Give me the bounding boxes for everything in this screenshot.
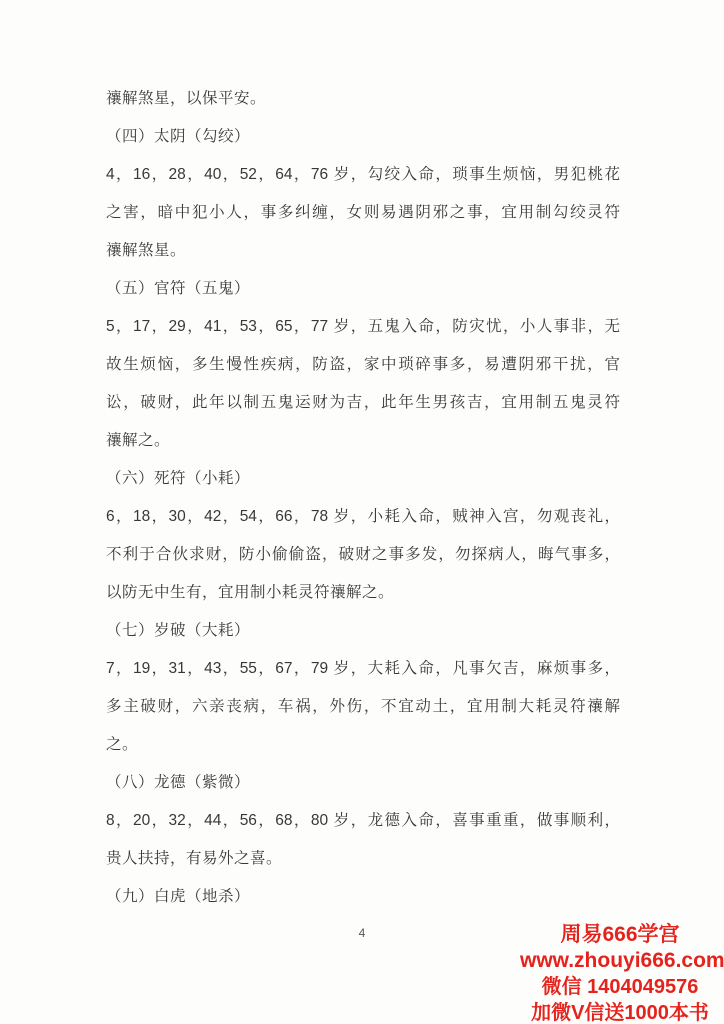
text-line: 禳解煞星，以保平安。 — [106, 80, 620, 118]
watermark-site-name: 周易666学宫 — [520, 922, 720, 948]
text-line: 7，19，31，43，55，67，79 岁，大耗入命，凡事欠吉，麻烦事多， — [106, 650, 620, 688]
section-heading: （八）龙德（紫微） — [106, 764, 620, 802]
text-line: 4，16，28，40，52，64，76 岁，勾绞入命，琐事生烦恼，男犯桃花 — [106, 156, 620, 194]
text-line: 不利于合伙求财，防小偷偷盗，破财之事多发，勿探病人，晦气事多， — [106, 536, 620, 574]
text-line: 8，20，32，44，56，68，80 岁，龙德入命，喜事重重，做事顺利， — [106, 802, 620, 840]
section-heading: （九）白虎（地杀） — [106, 878, 620, 916]
section-heading: （四）太阴（勾绞） — [106, 118, 620, 156]
text-line: 6，18，30，42，54，66，78 岁，小耗入命，贼神入宫，勿观丧礼， — [106, 498, 620, 536]
text-line: 之。 — [106, 726, 620, 764]
text-line: 禳解煞星。 — [106, 232, 620, 270]
section-heading: （五）官符（五鬼） — [106, 270, 620, 308]
section-heading: （七）岁破（大耗） — [106, 612, 620, 650]
watermark: 周易666学宫 www.zhouyi666.com 微信 1404049576 … — [520, 922, 720, 1024]
watermark-promo: 加微V信送1000本书 — [520, 1000, 720, 1024]
watermark-url: www.zhouyi666.com — [520, 948, 720, 974]
text-line: 以防无中生有，宜用制小耗灵符禳解之。 — [106, 574, 620, 612]
text-line: 讼，破财，此年以制五鬼运财为吉，此年生男孩吉，宜用制五鬼灵符 — [106, 384, 620, 422]
document-page: 禳解煞星，以保平安。 （四）太阴（勾绞） 4，16，28，40，52，64，76… — [0, 0, 724, 1024]
document-body: 禳解煞星，以保平安。 （四）太阴（勾绞） 4，16，28，40，52，64，76… — [106, 80, 620, 916]
text-line: 故生烦恼，多生慢性疾病，防盗，家中琐碎事多，易遭阴邪干扰，官 — [106, 346, 620, 384]
text-line: 多主破财，六亲丧病，车祸，外伤，不宜动土，宜用制大耗灵符禳解 — [106, 688, 620, 726]
text-line: 贵人扶持，有易外之喜。 — [106, 840, 620, 878]
watermark-wechat-id: 微信 1404049576 — [520, 974, 720, 1000]
section-heading: （六）死符（小耗） — [106, 460, 620, 498]
text-line: 之害，暗中犯小人，事多纠缠，女则易遇阴邪之事，宜用制勾绞灵符 — [106, 194, 620, 232]
text-line: 禳解之。 — [106, 422, 620, 460]
text-line: 5，17，29，41，53，65，77 岁，五鬼入命，防灾忧，小人事非，无 — [106, 308, 620, 346]
